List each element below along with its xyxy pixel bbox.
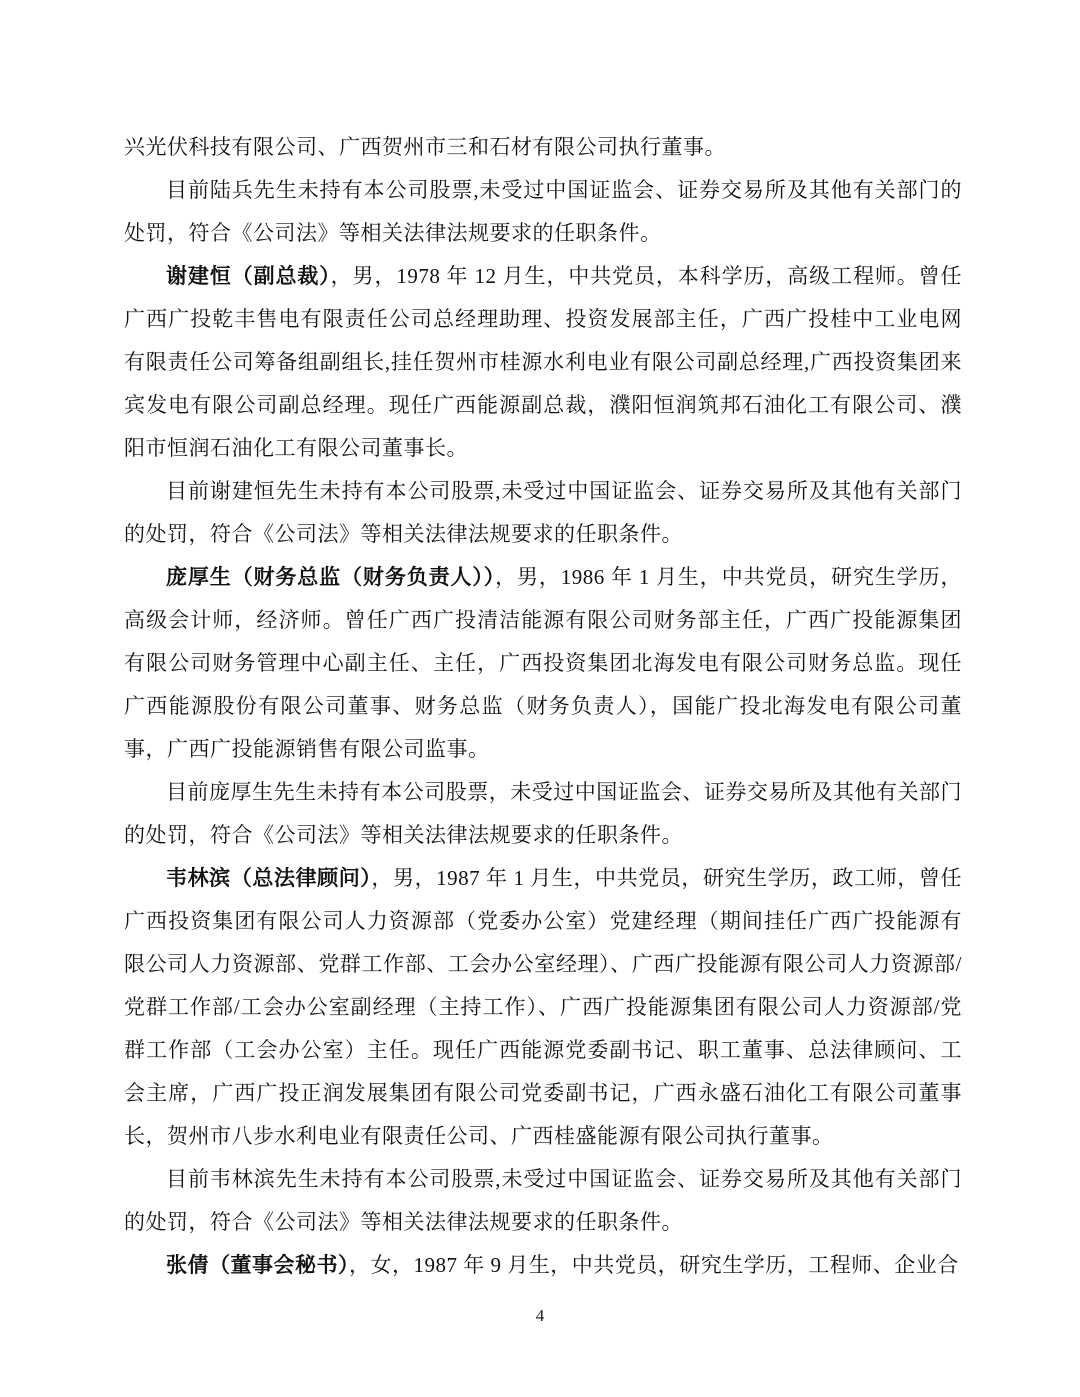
paragraph-text: ，男，1986 年 1 月生，中共党员，研究生学历，高级会计师，经济师。曾任广西… xyxy=(124,565,962,761)
paragraph: 目前谢建恒先生未持有本公司股票,未受过中国证监会、证券交易所及其他有关部门的处罚… xyxy=(124,470,962,556)
paragraph: 目前陆兵先生未持有本公司股票,未受过中国证监会、证券交易所及其他有关部门的处罚，… xyxy=(124,169,962,255)
page-footer: 4 xyxy=(0,1306,1080,1326)
paragraph-text: 目前韦林滨先生未持有本公司股票,未受过中国证监会、证券交易所及其他有关部门的处罚… xyxy=(124,1167,962,1234)
paragraph: 谢建恒（副总裁），男，1978 年 12 月生，中共党员，本科学历，高级工程师。… xyxy=(124,255,962,470)
paragraph-text: 目前谢建恒先生未持有本公司股票,未受过中国证监会、证券交易所及其他有关部门的处罚… xyxy=(124,479,962,546)
paragraph-text: ，女，1987 年 9 月生，中共党员，研究生学历，工程师、企业合 xyxy=(349,1253,959,1277)
person-name-title: 韦林滨（总法律顾问） xyxy=(166,866,371,890)
document-page: 兴光伏科技有限公司、广西贺州市三和石材有限公司执行董事。目前陆兵先生未持有本公司… xyxy=(0,0,1080,1397)
page-number: 4 xyxy=(536,1306,545,1325)
paragraph: 张倩（董事会秘书），女，1987 年 9 月生，中共党员，研究生学历，工程师、企… xyxy=(124,1244,962,1287)
paragraph: 庞厚生（财务总监（财务负责人）），男，1986 年 1 月生，中共党员，研究生学… xyxy=(124,556,962,771)
document-body: 兴光伏科技有限公司、广西贺州市三和石材有限公司执行董事。目前陆兵先生未持有本公司… xyxy=(124,126,962,1287)
person-name-title: 谢建恒（副总裁） xyxy=(166,264,331,288)
paragraph-text: ，男，1978 年 12 月生，中共党员，本科学历，高级工程师。曾任广西广投乾丰… xyxy=(124,264,962,460)
paragraph: 兴光伏科技有限公司、广西贺州市三和石材有限公司执行董事。 xyxy=(124,126,962,169)
paragraph: 目前韦林滨先生未持有本公司股票,未受过中国证监会、证券交易所及其他有关部门的处罚… xyxy=(124,1158,962,1244)
paragraph-text: 兴光伏科技有限公司、广西贺州市三和石材有限公司执行董事。 xyxy=(124,135,726,159)
paragraph-text: 目前陆兵先生未持有本公司股票,未受过中国证监会、证券交易所及其他有关部门的处罚，… xyxy=(124,178,962,245)
paragraph-text: 目前庞厚生先生未持有本公司股票，未受过中国证监会、证券交易所及其他有关部门的处罚… xyxy=(124,780,962,847)
paragraph: 韦林滨（总法律顾问），男，1987 年 1 月生，中共党员，研究生学历，政工师，… xyxy=(124,857,962,1158)
paragraph-text: ，男，1987 年 1 月生，中共党员，研究生学历，政工师，曾任广西投资集团有限… xyxy=(124,866,962,1148)
person-name-title: 张倩（董事会秘书） xyxy=(166,1253,349,1277)
paragraph: 目前庞厚生先生未持有本公司股票，未受过中国证监会、证券交易所及其他有关部门的处罚… xyxy=(124,771,962,857)
person-name-title: 庞厚生（财务总监（财务负责人）） xyxy=(166,565,495,589)
